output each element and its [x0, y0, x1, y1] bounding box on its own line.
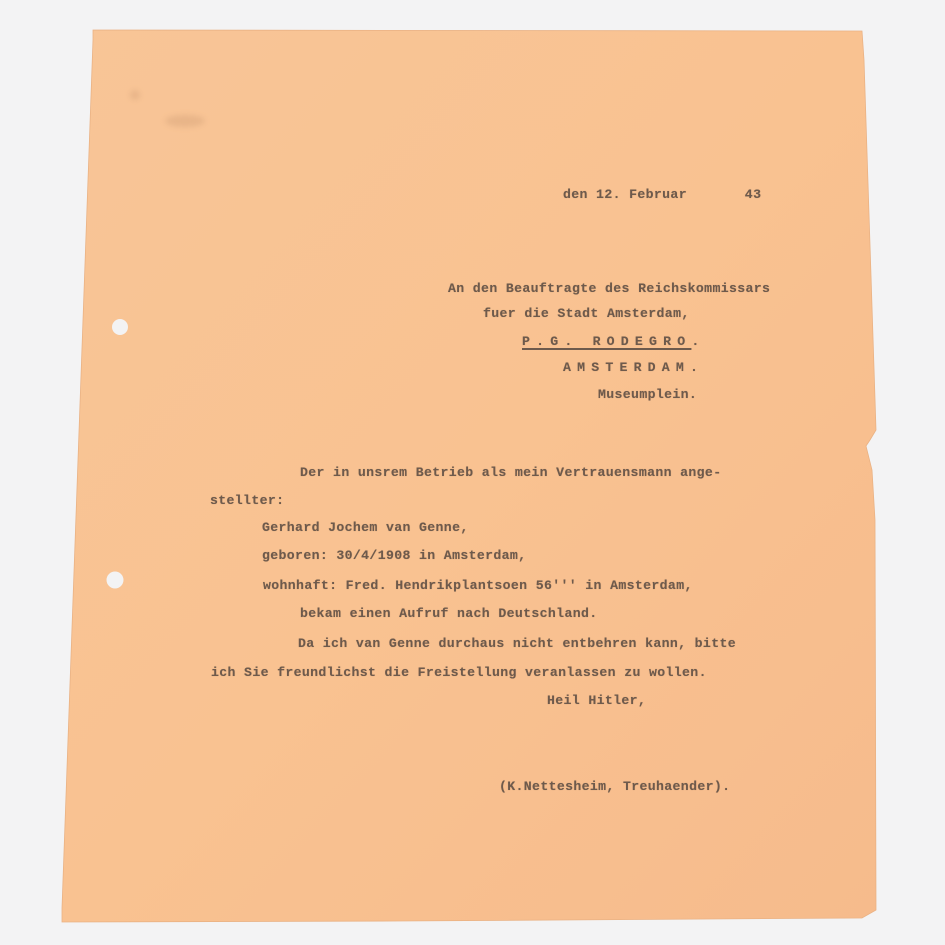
body-line-2: stellter: [210, 493, 284, 509]
signature: (K.Nettesheim, Treuhaender). [499, 779, 730, 795]
punch-hole-top [112, 319, 128, 335]
recipient-name-suffix: . [691, 334, 699, 349]
body-line-8: ich Sie freundlichst die Freistellung ve… [211, 665, 707, 681]
body-line-5: wohnhaft: Fred. Hendrikplantsoen 56''' i… [263, 578, 693, 594]
recipient-name-text: P.G. RODEGRO [522, 334, 691, 349]
body-line-7: Da ich van Genne durchaus nicht entbehre… [298, 636, 736, 652]
recipient-city: AMSTERDAM. [563, 360, 704, 376]
punch-hole-bottom [107, 572, 124, 589]
recipient-line-1: An den Beauftragte des Reichskommissars [448, 281, 770, 297]
paper-stain [130, 90, 140, 100]
closing: Heil Hitler, [547, 693, 646, 709]
body-line-4: geboren: 30/4/1908 in Amsterdam, [262, 548, 526, 564]
body-line-1: Der in unsrem Betrieb als mein Vertrauen… [300, 465, 721, 481]
date-line: den 12. Februar 43 [563, 187, 761, 203]
recipient-street: Museumplein. [598, 387, 697, 403]
recipient-name: P.G. RODEGRO. [522, 334, 700, 350]
body-line-3: Gerhard Jochem van Genne, [262, 520, 469, 536]
paper-stain [165, 115, 205, 127]
body-line-6: bekam einen Aufruf nach Deutschland. [300, 606, 598, 622]
recipient-line-2: fuer die Stadt Amsterdam, [483, 306, 690, 322]
letter-sheet: den 12. Februar 43 An den Beauftragte de… [0, 0, 945, 945]
